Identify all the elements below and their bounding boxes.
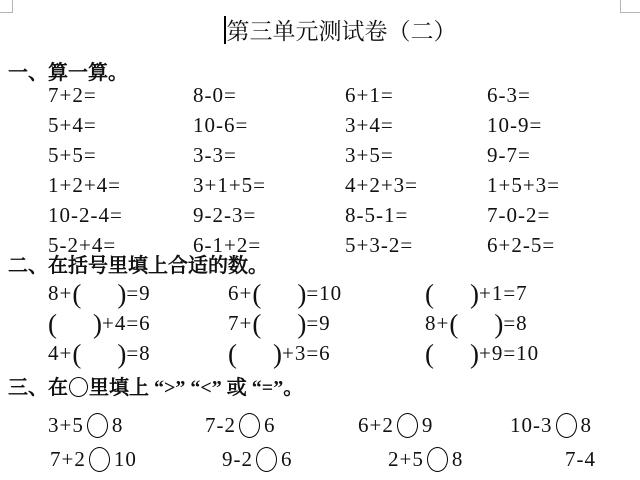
calc-problem: 9-2-3= [193, 200, 345, 230]
section1-problem-grid: 7+2= 8-0= 6+1= 6-3= 5+4= 10-6= 3+4= 10-9… [0, 80, 640, 260]
calc-problem: 10-2-4= [48, 200, 193, 230]
answer-circle [87, 413, 108, 438]
right-paren: ) [470, 279, 479, 309]
fill-problem: 6+()=10 [228, 278, 425, 308]
right-paren: ) [117, 279, 126, 309]
left-paren: ( [48, 309, 57, 339]
calc-problem: 10-9= [487, 110, 640, 140]
calc-problem: 3+4= [345, 110, 487, 140]
answer-circle [397, 413, 418, 438]
fill-problem: 8+()=9 [48, 278, 228, 308]
left-paren: ( [72, 279, 81, 309]
calc-problem: 8-5-1= [345, 200, 487, 230]
section2-problem-grid: 8+()=9 6+()=10 ()+1=7 ()+4=6 7+()=9 8+()… [0, 278, 640, 368]
right-paren: ) [297, 279, 306, 309]
answer-circle [556, 413, 577, 438]
left-paren: ( [425, 339, 434, 369]
fill-problem: 8+()=8 [425, 308, 640, 338]
calc-problem: 3+5= [345, 140, 487, 170]
calc-problem: 5+3-2= [345, 230, 487, 260]
calc-problem: 6+2-5= [487, 230, 640, 260]
text-cursor [224, 16, 226, 44]
right-paren: ) [297, 309, 306, 339]
calc-problem: 7-0-2= [487, 200, 640, 230]
right-paren: ) [470, 339, 479, 369]
compare-problem: 10-38 [510, 411, 592, 439]
fill-problem: ()+4=6 [48, 308, 228, 338]
page-title: 第三单元测试卷（二） [227, 19, 457, 44]
calc-problem: 1+5+3= [487, 170, 640, 200]
right-paren: ) [117, 339, 126, 369]
compare-problem: 3+58 [48, 411, 123, 439]
answer-circle [239, 413, 260, 438]
calc-problem: 10-6= [193, 110, 345, 140]
left-paren: ( [252, 309, 261, 339]
right-paren: ) [273, 339, 282, 369]
calc-problem: 3-3= [193, 140, 345, 170]
left-paren: ( [449, 309, 458, 339]
document-page[interactable]: 第三单元测试卷（二） 一、算一算。 7+2= 8-0= 6+1= 6-3= 5+… [0, 0, 640, 480]
page-margin-mark-top-right [620, 0, 640, 13]
document-title-row: 第三单元测试卷（二） [0, 16, 640, 47]
fill-problem: 7+()=9 [228, 308, 425, 338]
answer-circle [89, 447, 110, 472]
compare-problem: 7-4 [565, 445, 596, 473]
answer-circle [427, 447, 448, 472]
right-paren: ) [93, 309, 102, 339]
calc-problem: 6-3= [487, 80, 640, 110]
calc-problem: 7+2= [48, 80, 193, 110]
compare-problem: 2+58 [388, 445, 463, 473]
left-paren: ( [72, 339, 81, 369]
calc-problem: 1+2+4= [48, 170, 193, 200]
circle-icon [69, 377, 88, 397]
fill-problem: ()+1=7 [425, 278, 640, 308]
fill-problem: ()+3=6 [228, 338, 425, 368]
calc-problem: 3+1+5= [193, 170, 345, 200]
calc-problem: 8-0= [193, 80, 345, 110]
page-margin-mark-top-left [0, 0, 13, 13]
section2-heading: 二、在括号里填上合适的数。 [8, 249, 268, 278]
left-paren: ( [252, 279, 261, 309]
fill-problem: ()+9=10 [425, 338, 640, 368]
compare-problem: 7+210 [50, 445, 137, 473]
compare-problem: 9-26 [222, 445, 293, 473]
compare-problem: 7-26 [205, 411, 276, 439]
right-paren: ) [494, 309, 503, 339]
fill-problem: 4+()=8 [48, 338, 228, 368]
left-paren: ( [425, 279, 434, 309]
answer-circle [256, 447, 277, 472]
calc-problem: 6+1= [345, 80, 487, 110]
left-paren: ( [228, 339, 237, 369]
calc-problem: 9-7= [487, 140, 640, 170]
calc-problem: 5+5= [48, 140, 193, 170]
calc-problem: 5+4= [48, 110, 193, 140]
compare-problem: 6+29 [358, 411, 433, 439]
calc-problem: 4+2+3= [345, 170, 487, 200]
section3-heading: 三、在里填上 “>” “<” 或 “=”。 [8, 371, 303, 400]
